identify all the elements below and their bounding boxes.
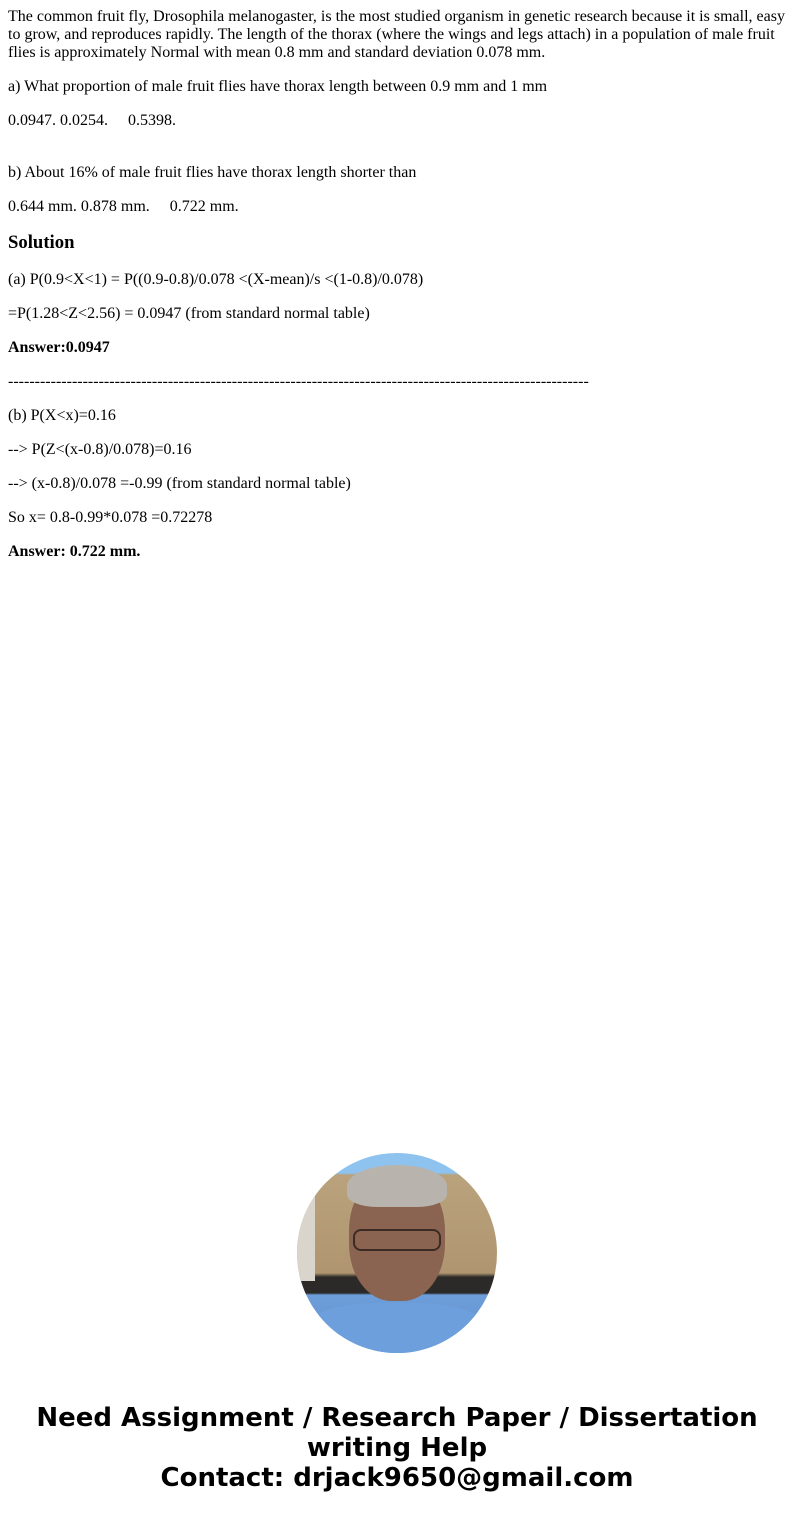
solution-a-line1: (a) P(0.9<X<1) = P((0.9-0.8)/0.078 <(X-m… [8, 271, 788, 289]
question-part-a-prompt: a) What proportion of male fruit flies h… [8, 78, 788, 96]
solution-a-answer: Answer:0.0947 [8, 339, 788, 357]
avatar-hair [347, 1165, 447, 1207]
avatar-background-wall [297, 1171, 315, 1281]
solution-heading: Solution [8, 232, 788, 253]
solution-a-line2: =P(1.28<Z<2.56) = 0.0947 (from standard … [8, 305, 788, 323]
avatar-shirt [307, 1303, 487, 1353]
divider: ----------------------------------------… [8, 373, 788, 391]
promo-text: Need Assignment / Research Paper / Disse… [0, 1403, 794, 1493]
spacer [8, 146, 788, 164]
question-part-b-prompt: b) About 16% of male fruit flies have th… [8, 164, 788, 182]
solution-b-line2: --> P(Z<(x-0.8)/0.078)=0.16 [8, 441, 788, 459]
solution-b-line4: So x= 0.8-0.99*0.078 =0.72278 [8, 509, 788, 527]
solution-b-answer: Answer: 0.722 mm. [8, 543, 788, 561]
avatar [297, 1153, 497, 1353]
solution-b-line3: --> (x-0.8)/0.078 =-0.99 (from standard … [8, 475, 788, 493]
question-section: The common fruit fly, Drosophila melanog… [8, 8, 788, 216]
promo-line-2: writing Help [0, 1433, 794, 1463]
document-body: The common fruit fly, Drosophila melanog… [8, 8, 788, 577]
question-part-b-options: 0.644 mm. 0.878 mm. 0.722 mm. [8, 198, 788, 216]
solution-section: (a) P(0.9<X<1) = P((0.9-0.8)/0.078 <(X-m… [8, 271, 788, 561]
promo-banner: Need Assignment / Research Paper / Disse… [0, 1153, 794, 1493]
promo-contact: Contact: drjack9650@gmail.com [0, 1463, 794, 1493]
promo-line-1: Need Assignment / Research Paper / Disse… [0, 1403, 794, 1433]
question-intro: The common fruit fly, Drosophila melanog… [8, 8, 788, 62]
solution-b-line1: (b) P(X<x)=0.16 [8, 407, 788, 425]
avatar-glasses [353, 1229, 441, 1251]
question-part-a-options: 0.0947. 0.0254. 0.5398. [8, 112, 788, 130]
